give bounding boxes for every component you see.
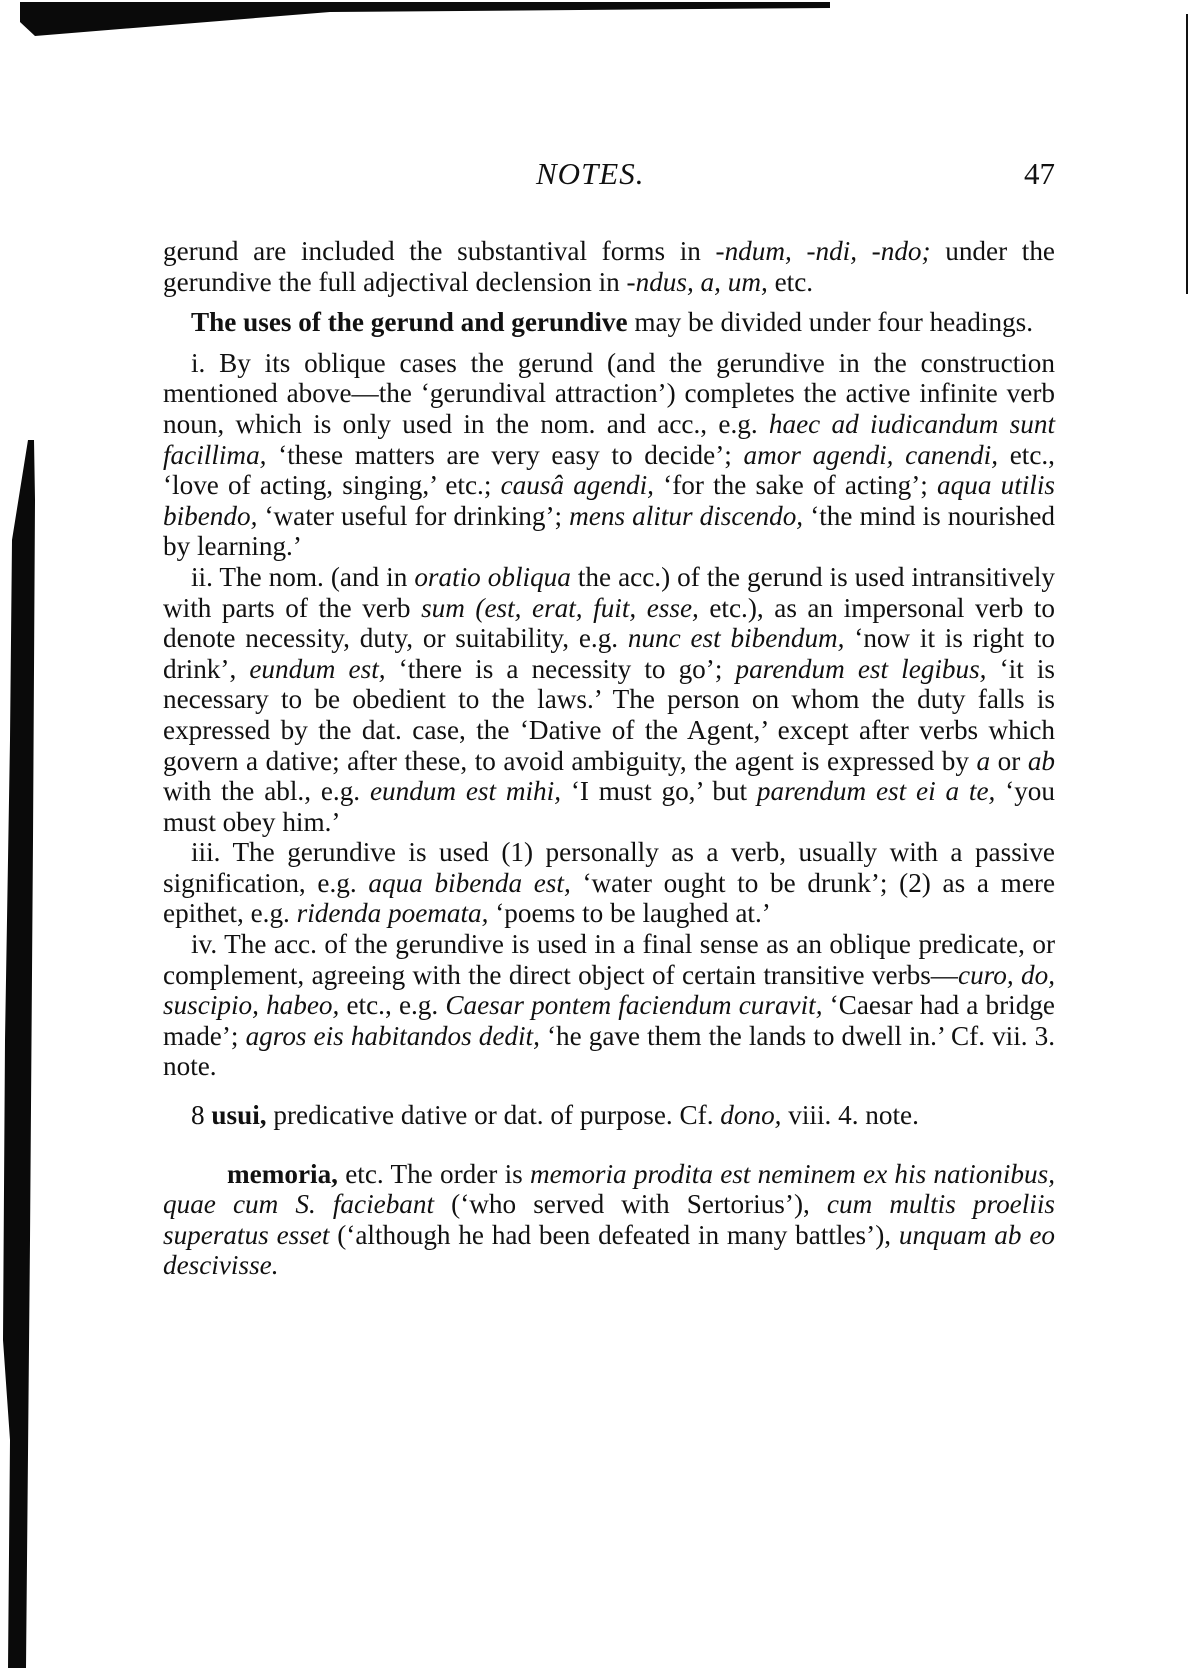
- page-body: gerund are included the substantival for…: [163, 236, 1055, 1281]
- latin-term: -ndus, a, um,: [627, 267, 768, 297]
- text: or: [990, 746, 1028, 776]
- text: (‘although he had been defeated in many …: [329, 1220, 898, 1250]
- text: ii. The nom. (and in: [191, 562, 414, 592]
- latin-example: mens alitur discendo,: [569, 501, 803, 531]
- text: ‘poems to be laughed at.’: [488, 898, 770, 928]
- paragraph-note-usui: 8 usui, predicative dative or dat. of pu…: [163, 1100, 1055, 1131]
- latin-example: aqua bibenda est,: [368, 868, 570, 898]
- latin-term: ab: [1028, 746, 1055, 776]
- scan-edge-shadow-top: [0, 0, 830, 40]
- text: predicative dative or dat. of purpose. C…: [267, 1100, 721, 1130]
- text: ‘there is a necessity to go’;: [386, 654, 736, 684]
- line-number: 8: [191, 1100, 211, 1130]
- latin-example: agros eis habitandos dedit,: [246, 1021, 540, 1051]
- text: etc. The order is: [338, 1159, 530, 1189]
- text: ‘these matters are very easy to decide’;: [266, 440, 743, 470]
- text: ‘I must go,’ but: [561, 776, 757, 806]
- text: viii. 4. note.: [781, 1100, 918, 1130]
- lemma: memoria,: [227, 1159, 338, 1189]
- bold-heading: The uses of the gerund and gerundive: [191, 307, 628, 337]
- latin-term: sum (est, erat, fuit, esse,: [421, 593, 699, 623]
- text: with the abl., e.g.: [163, 776, 370, 806]
- page-header: NOTES. 47: [160, 156, 1055, 196]
- latin-example: eundum est,: [249, 654, 385, 684]
- text: may be divided under four headings.: [628, 307, 1033, 337]
- latin-term: -ndum, -ndi, -ndo;: [716, 236, 931, 266]
- text: gerund are included the substantival for…: [163, 236, 716, 266]
- latin-example: Caesar pontem faciendum curavit,: [445, 990, 822, 1020]
- text: ‘water useful for drinking’;: [257, 501, 569, 531]
- running-title: NOTES.: [536, 156, 645, 192]
- paragraph-note-memoria: memoria, etc. The order is memoria prodi…: [163, 1159, 1055, 1281]
- latin-example: causâ agendi,: [501, 470, 654, 500]
- latin-example: ridenda poemata,: [297, 898, 489, 928]
- latin-example: eundum est mihi,: [370, 776, 561, 806]
- lemma: usui,: [211, 1100, 266, 1130]
- text: etc., e.g.: [339, 990, 445, 1020]
- latin-example: parendum est legibus,: [735, 654, 986, 684]
- paragraph-use-ii: ii. The nom. (and in oratio obliqua the …: [163, 562, 1055, 837]
- latin-example: parendum est ei a te,: [757, 776, 995, 806]
- scan-edge-shadow-left: [0, 440, 40, 1668]
- paragraph-use-iii: iii. The gerundive is used (1) personall…: [163, 837, 1055, 929]
- latin-term: dono,: [720, 1100, 781, 1130]
- text: etc.: [768, 267, 813, 297]
- latin-example: nunc est bibendum,: [628, 623, 845, 653]
- paragraph-uses-intro: The uses of the gerund and gerundive may…: [163, 307, 1055, 338]
- text: (‘who served with Sertorius’),: [434, 1189, 827, 1219]
- paragraph-use-i: i. By its oblique cases the gerund (and …: [163, 348, 1055, 562]
- latin-term: oratio obliqua: [414, 562, 571, 592]
- text: ‘for the sake of acting’;: [654, 470, 937, 500]
- scan-edge-line-right: [1186, 14, 1188, 294]
- paragraph-gerund-forms: gerund are included the substantival for…: [163, 236, 1055, 297]
- page-number: 47: [1024, 156, 1055, 192]
- latin-term: a: [976, 746, 990, 776]
- text: iv. The acc. of the gerundive is used in…: [163, 929, 1055, 990]
- paragraph-use-iv: iv. The acc. of the gerundive is used in…: [163, 929, 1055, 1082]
- latin-example: amor agendi, canendi,: [744, 440, 998, 470]
